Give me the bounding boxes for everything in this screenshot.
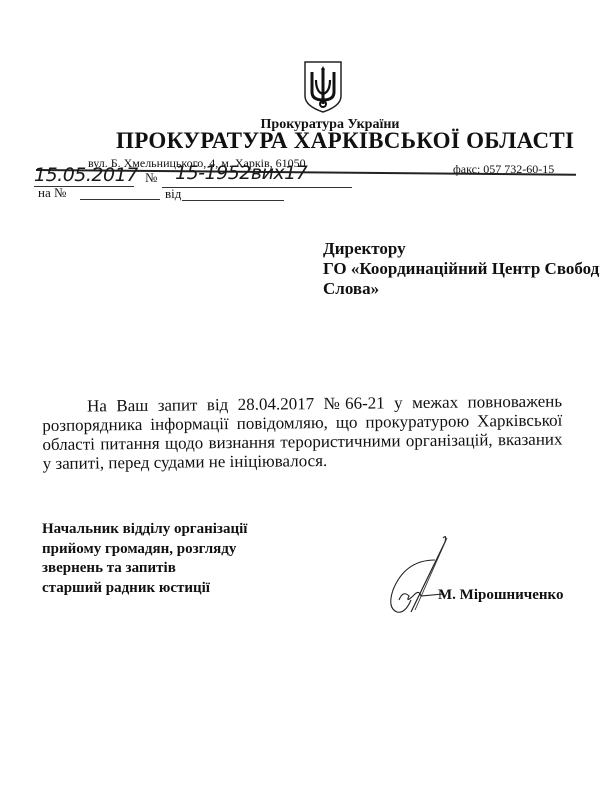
signatory-name: М. Мірошниченко: [438, 587, 563, 604]
outgoing-number-line: [162, 187, 352, 188]
addressee-line: Директору: [323, 239, 600, 259]
addressee-block: Директору ГО «Координаційний Центр Свобо…: [323, 239, 600, 299]
addressee-line: Слова»: [323, 279, 600, 299]
organization-title: ПРОКУРАТУРА ХАРКІВСЬКОЇ ОБЛАСТІ: [116, 128, 574, 154]
in-reply-number-line: [80, 199, 160, 200]
in-reply-date-label: від: [165, 186, 181, 202]
signatory-title-line: звернень та запитів: [42, 559, 247, 579]
signatory-title-line: старший радник юстиції: [42, 579, 247, 599]
outgoing-number-handwritten: 15-1952вих17: [175, 162, 307, 184]
signatory-title-line: прийому громадян, розгляду: [42, 540, 247, 560]
outgoing-date-handwritten: 15.05.2017: [34, 164, 138, 186]
letter-body: На Ваш запит від 28.04.2017 №66-21 у меж…: [42, 392, 563, 473]
outgoing-number-label: №: [145, 170, 157, 186]
signatory-title-line: Начальник відділу організації: [42, 520, 247, 540]
handwritten-signature-icon: [385, 530, 465, 620]
signatory-title: Начальник відділу організації прийому гр…: [42, 520, 247, 598]
addressee-line: ГО «Координаційний Центр Свободи: [323, 259, 600, 279]
ukraine-trident-emblem-icon: [302, 60, 344, 114]
in-reply-date-line: [182, 200, 284, 201]
in-reply-number-label: на №: [38, 185, 66, 201]
